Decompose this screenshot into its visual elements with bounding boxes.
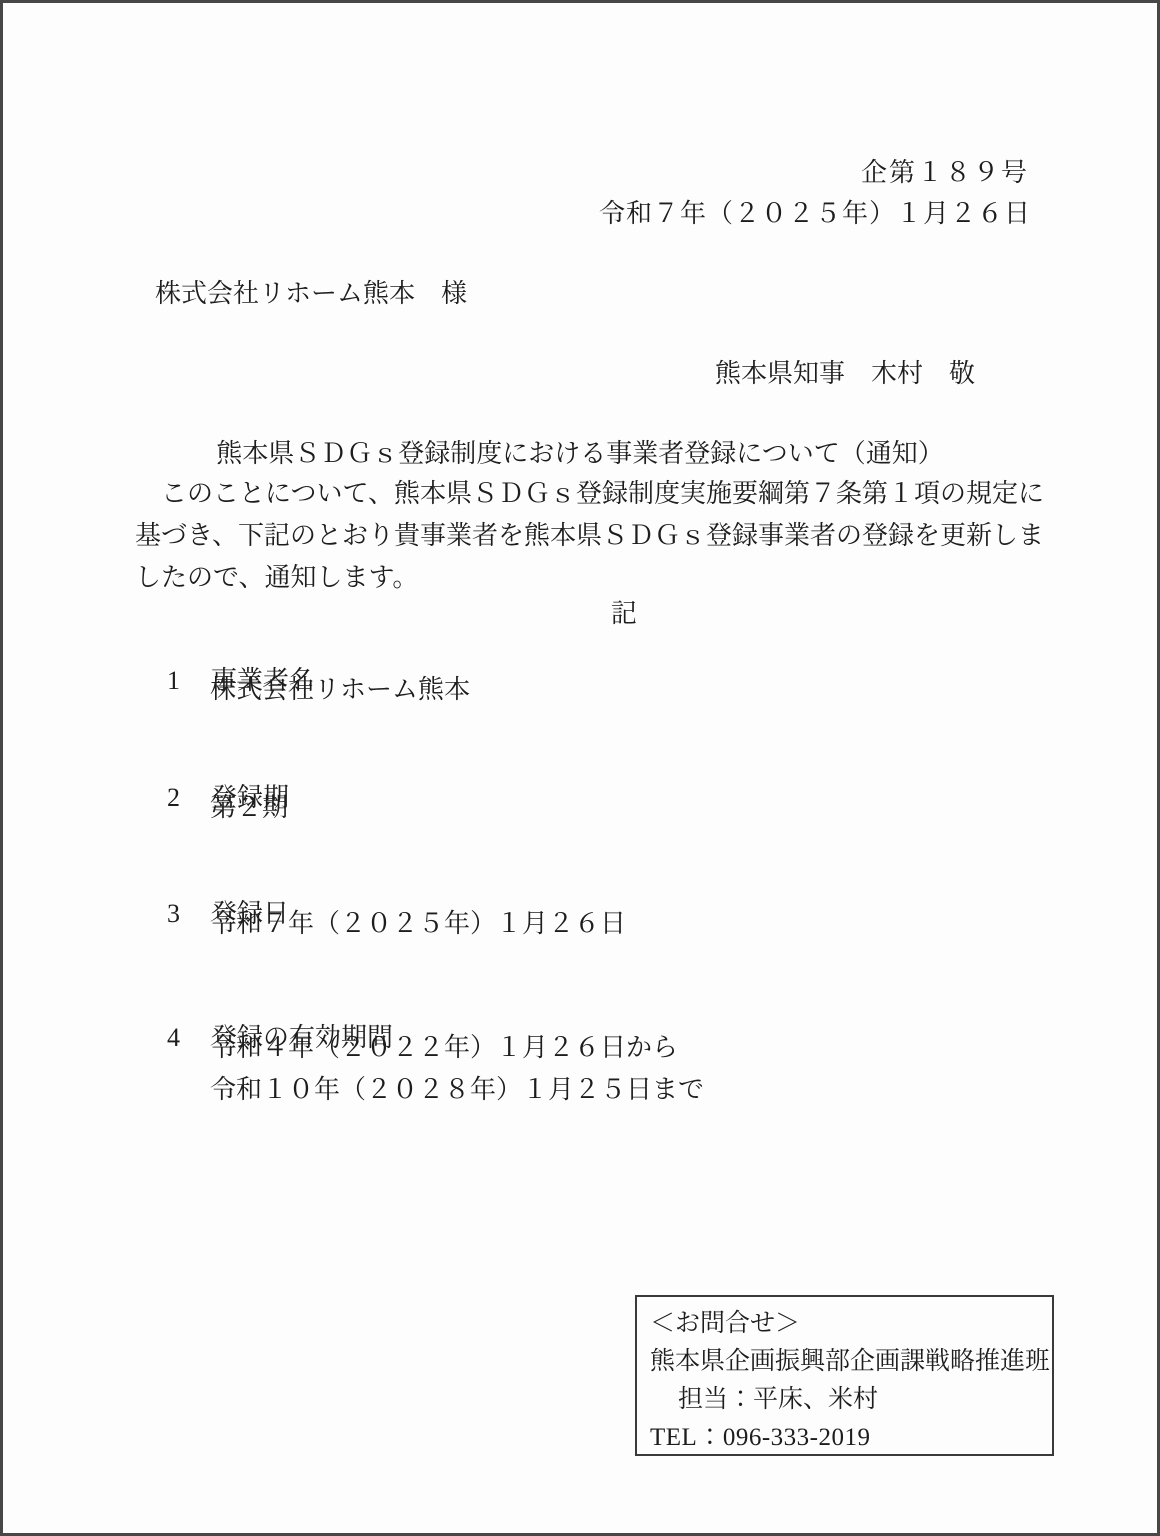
item-number: 1 <box>167 666 211 696</box>
contact-heading: ＜お問合せ＞ <box>650 1305 1040 1343</box>
contact-department: 熊本県企画振興部企画課戦略推進班 <box>650 1343 1040 1381</box>
contact-staff: 担当：平床、米村 <box>650 1381 1040 1419</box>
item-number: 3 <box>167 899 211 929</box>
item-number: 4 <box>167 1023 211 1053</box>
item-number: 2 <box>167 783 211 813</box>
contact-tel: TEL：096-333-2019 <box>650 1419 1040 1457</box>
item-value: 株式会社リホーム熊本 <box>210 675 470 705</box>
sender-signature: 熊本県知事 木村 敬 <box>715 359 975 389</box>
issue-date: 令和７年（２０２５年）１月２６日 <box>599 199 1031 229</box>
body-line: 基づき、下記のとおり貴事業者を熊本県ＳＤＧｓ登録事業者の登録を更新しま <box>135 521 1044 551</box>
addressee: 株式会社リホーム熊本 様 <box>155 279 467 309</box>
item-value: 令和７年（２０２５年）１月２６日 <box>210 909 626 939</box>
document-number: 企第１８９号 <box>861 158 1029 188</box>
item-value: 令和４年（２０２２年）１月２６日から <box>210 1033 678 1063</box>
scanned-letter-page: 企第１８９号 令和７年（２０２５年）１月２６日 株式会社リホーム熊本 様 熊本県… <box>0 0 1160 1536</box>
body-line: このことについて、熊本県ＳＤＧｓ登録制度実施要綱第７条第１項の規定に <box>135 479 1044 509</box>
contact-box: ＜お問合せ＞ 熊本県企画振興部企画課戦略推進班 担当：平床、米村 TEL：096… <box>635 1295 1054 1456</box>
body-line: したので、通知します。 <box>135 563 418 593</box>
item-value: 第２期 <box>210 793 288 823</box>
document-title: 熊本県ＳＤＧｓ登録制度における事業者登録について（通知） <box>3 439 1157 469</box>
record-marker: 記 <box>47 599 1160 629</box>
item-value: 令和１０年（２０２８年）１月２５日まで <box>210 1075 704 1105</box>
